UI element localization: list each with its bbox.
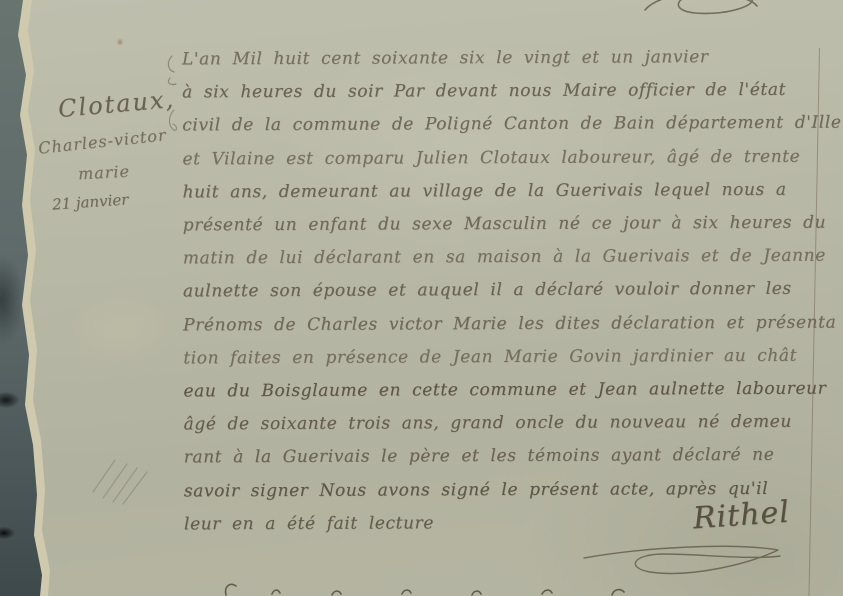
scanned-register-page: Clotaux, Charles-victor marie 21 janvier… — [0, 0, 843, 596]
act-line: eau du Boisglaume en cette commune et Je… — [183, 373, 823, 409]
act-line: et Vilaine est comparu Julien Clotaux la… — [182, 140, 822, 176]
pencil-hatch-marks — [85, 452, 165, 507]
act-line: âgé de soixante trois ans, grand oncle d… — [184, 406, 824, 442]
act-line: civil de la commune de Poligné Canton de… — [182, 107, 822, 143]
next-act-partial-line — [212, 580, 652, 596]
act-line: L'an Mil huit cent soixante six le vingt… — [182, 41, 822, 77]
act-line: tion faites en présence de Jean Marie Go… — [183, 339, 823, 375]
act-line: à six heures du soir Par devant nous Mai… — [182, 74, 822, 110]
act-line: Prénoms de Charles victor Marie les dite… — [183, 306, 823, 342]
act-line: aulnette son épouse et auquel il a décla… — [183, 273, 823, 309]
act-line: matin de lui déclarant en sa maison à la… — [183, 240, 823, 276]
act-line: huit ans, demeurant au village de la Gue… — [182, 173, 822, 209]
scribe-bracket-mark-icon — [156, 52, 182, 88]
margin-note-given-names-2: marie — [78, 162, 131, 184]
act-line: rant à la Guerivais le père et les témoi… — [184, 439, 824, 475]
scribe-flourish-mark-icon — [160, 108, 182, 138]
top-paraph-flourish-icon — [633, 0, 773, 28]
mayor-signature: Rithel — [692, 495, 791, 537]
act-body: L'an Mil huit cent soixante six le vingt… — [182, 41, 824, 542]
act-line: présenté un enfant du sexe Masculin né c… — [183, 207, 823, 243]
signature-paraph-icon — [580, 538, 790, 586]
